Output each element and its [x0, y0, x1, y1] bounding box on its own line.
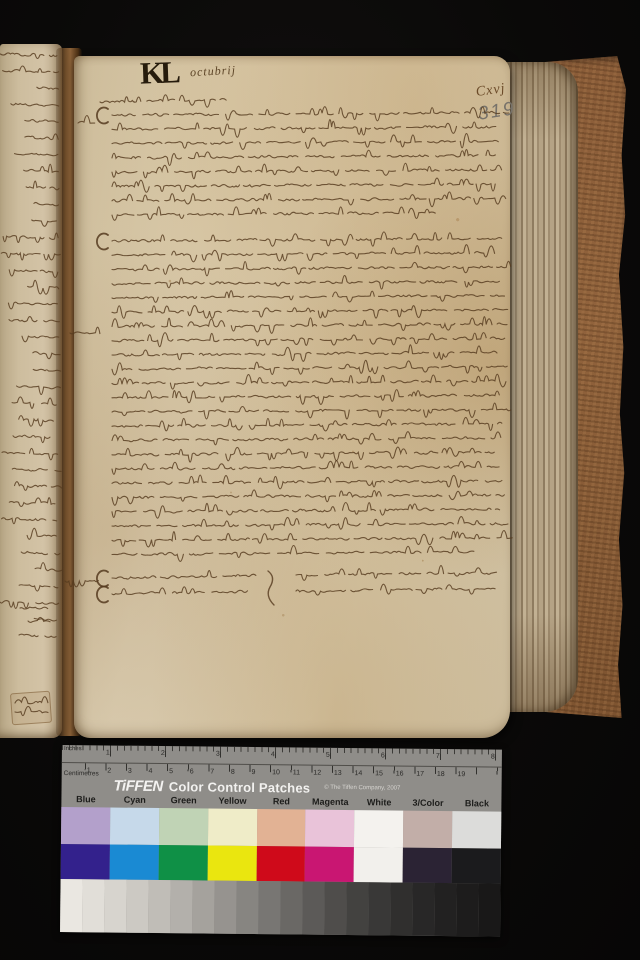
cm-mark-18: 18: [437, 771, 445, 778]
saturated-patch-magenta: [305, 847, 354, 883]
grayscale-step-3: [104, 879, 127, 932]
cm-mark-13: 13: [334, 770, 342, 777]
cm-mark-8: 8: [231, 769, 235, 776]
grayscale-step-5: [148, 880, 171, 933]
grayscale-step-4: [126, 880, 149, 933]
photo-stage: KL octubrij Cxvj 319 Inches 12345678 Cen…: [0, 0, 640, 960]
pastel-patch-blue: [61, 807, 110, 845]
left-page-sliver: [0, 44, 62, 738]
color-card: Inches 12345678 Centimetres 123456789101…: [60, 745, 502, 937]
grayscale-step-13: [324, 882, 347, 935]
patch-label-blue: Blue: [61, 794, 110, 808]
inch-mark-5: 5: [326, 752, 330, 759]
patch-label-red: Red: [257, 796, 306, 810]
card-copyright: © The Tiffen Company, 2007: [324, 785, 400, 792]
pastel-patch-cyan: [110, 808, 159, 846]
grayscale-strip: [60, 879, 501, 937]
grayscale-step-17: [412, 883, 435, 936]
grayscale-step-1: [60, 879, 83, 932]
cm-mark-11: 11: [293, 769, 300, 776]
grayscale-step-18: [434, 883, 457, 936]
cm-mark-19: 19: [457, 771, 465, 778]
inch-mark-1: 1: [106, 749, 110, 756]
heading-month-word: octubrij: [190, 63, 237, 80]
saturated-patch-green: [158, 845, 207, 881]
cm-mark-9: 9: [251, 769, 255, 776]
cm-mark-7: 7: [210, 769, 214, 776]
saturated-patch-yellow: [207, 846, 256, 882]
cm-mark-1: 1: [87, 767, 91, 774]
grayscale-step-15: [368, 882, 391, 935]
grayscale-step-7: [192, 880, 215, 933]
saturated-patch-blue: [61, 844, 110, 880]
archive-stamp: [10, 691, 52, 726]
saturated-patch-3-color: [403, 848, 452, 884]
cm-mark-5: 5: [169, 768, 173, 775]
pastel-patch-red: [257, 809, 306, 847]
pastel-patch-3-color: [403, 811, 452, 849]
ruler-inches-label: Inches: [64, 746, 82, 752]
patch-label-green: Green: [159, 795, 208, 809]
patch-label-cyan: Cyan: [110, 795, 159, 809]
parchment-stains: [74, 56, 510, 738]
saturated-patch-red: [256, 846, 305, 882]
cm-mark-2: 2: [107, 767, 111, 774]
grayscale-step-14: [346, 882, 369, 935]
kalendae-monogram: KL: [139, 56, 177, 88]
inch-mark-4: 4: [271, 751, 275, 758]
tiffen-logo: TiFFEN: [113, 777, 162, 795]
grayscale-step-19: [456, 883, 479, 936]
inch-mark-8: 8: [491, 753, 495, 760]
patch-label-3-color: 3/Color: [404, 798, 453, 812]
cm-mark-3: 3: [128, 768, 132, 775]
grayscale-step-10: [258, 881, 281, 934]
pastel-patch-black: [452, 811, 501, 849]
saturated-patch-row: [61, 844, 501, 884]
cm-mark-15: 15: [375, 770, 383, 777]
pastel-patch-yellow: [208, 809, 257, 847]
grayscale-step-9: [236, 881, 259, 934]
patch-label-black: Black: [452, 798, 501, 812]
cm-mark-12: 12: [313, 770, 321, 777]
saturated-patch-white: [354, 847, 403, 883]
patch-label-magenta: Magenta: [306, 797, 355, 811]
cm-mark-16: 16: [396, 770, 404, 777]
pastel-patch-row: [61, 807, 501, 849]
grayscale-step-2: [82, 879, 105, 932]
grayscale-step-20: [478, 883, 501, 936]
cm-mark-10: 10: [272, 769, 280, 776]
grayscale-step-16: [390, 882, 413, 935]
inch-mark-3: 3: [216, 751, 220, 758]
inch-mark-6: 6: [381, 752, 385, 759]
grayscale-step-12: [302, 882, 325, 935]
grayscale-step-6: [170, 880, 193, 933]
patch-label-white: White: [355, 797, 404, 811]
inch-mark-2: 2: [161, 750, 165, 757]
pastel-patch-white: [354, 810, 403, 848]
saturated-patch-cyan: [109, 845, 158, 881]
pastel-patch-magenta: [305, 810, 354, 848]
cm-mark-4: 4: [148, 768, 152, 775]
cm-mark-17: 17: [416, 771, 424, 778]
grayscale-step-8: [214, 881, 237, 934]
inch-mark-7: 7: [436, 753, 440, 760]
grayscale-step-11: [280, 881, 303, 934]
patch-label-yellow: Yellow: [208, 796, 257, 810]
card-title: Color Control Patches: [169, 779, 311, 795]
manuscript-page: [74, 56, 510, 738]
pastel-patch-green: [159, 808, 208, 846]
cm-mark-14: 14: [354, 770, 362, 777]
cm-mark-6: 6: [190, 768, 194, 775]
saturated-patch-black: [452, 848, 501, 884]
